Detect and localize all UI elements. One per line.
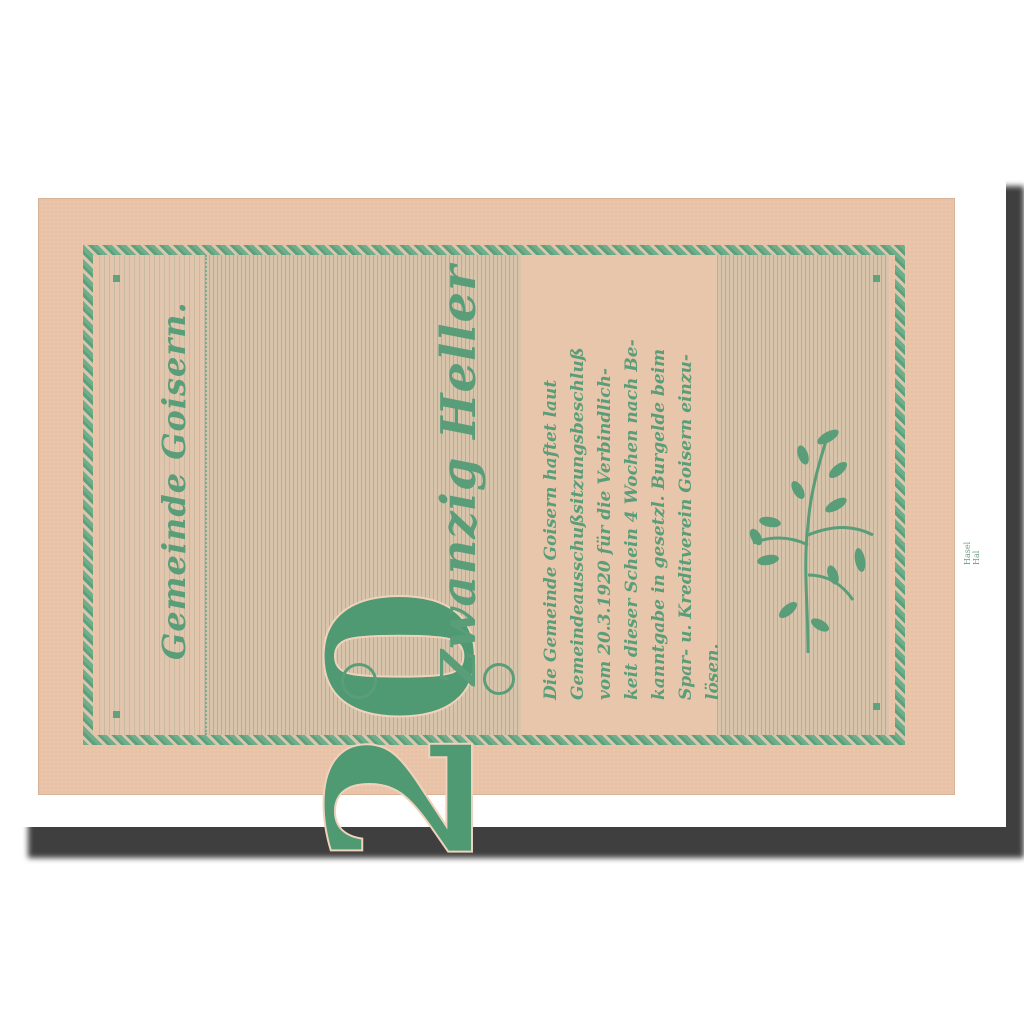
issuer-title: Gemeinde Goisern.	[155, 301, 193, 660]
denomination-words: Zwanzig Heller	[431, 265, 487, 685]
flourish-icon	[341, 663, 377, 699]
corner-mark-icon	[113, 711, 120, 718]
flourish-icon	[483, 663, 515, 695]
inner-field: Gemeinde Goisern. 20 Zwanzig Heller Die …	[93, 255, 895, 735]
corner-mark-icon	[113, 275, 120, 282]
corner-mark-icon	[873, 703, 880, 710]
corner-mark-icon	[873, 275, 880, 282]
body-text: Die Gemeinde Goisern haftet laut Gemeind…	[538, 339, 727, 700]
dotted-divider	[205, 255, 207, 735]
plant-ornament-icon	[748, 425, 878, 655]
printer-mark: Hasel Hal	[963, 542, 981, 565]
banknote: Gemeinde Goisern. 20 Zwanzig Heller Die …	[38, 198, 955, 795]
